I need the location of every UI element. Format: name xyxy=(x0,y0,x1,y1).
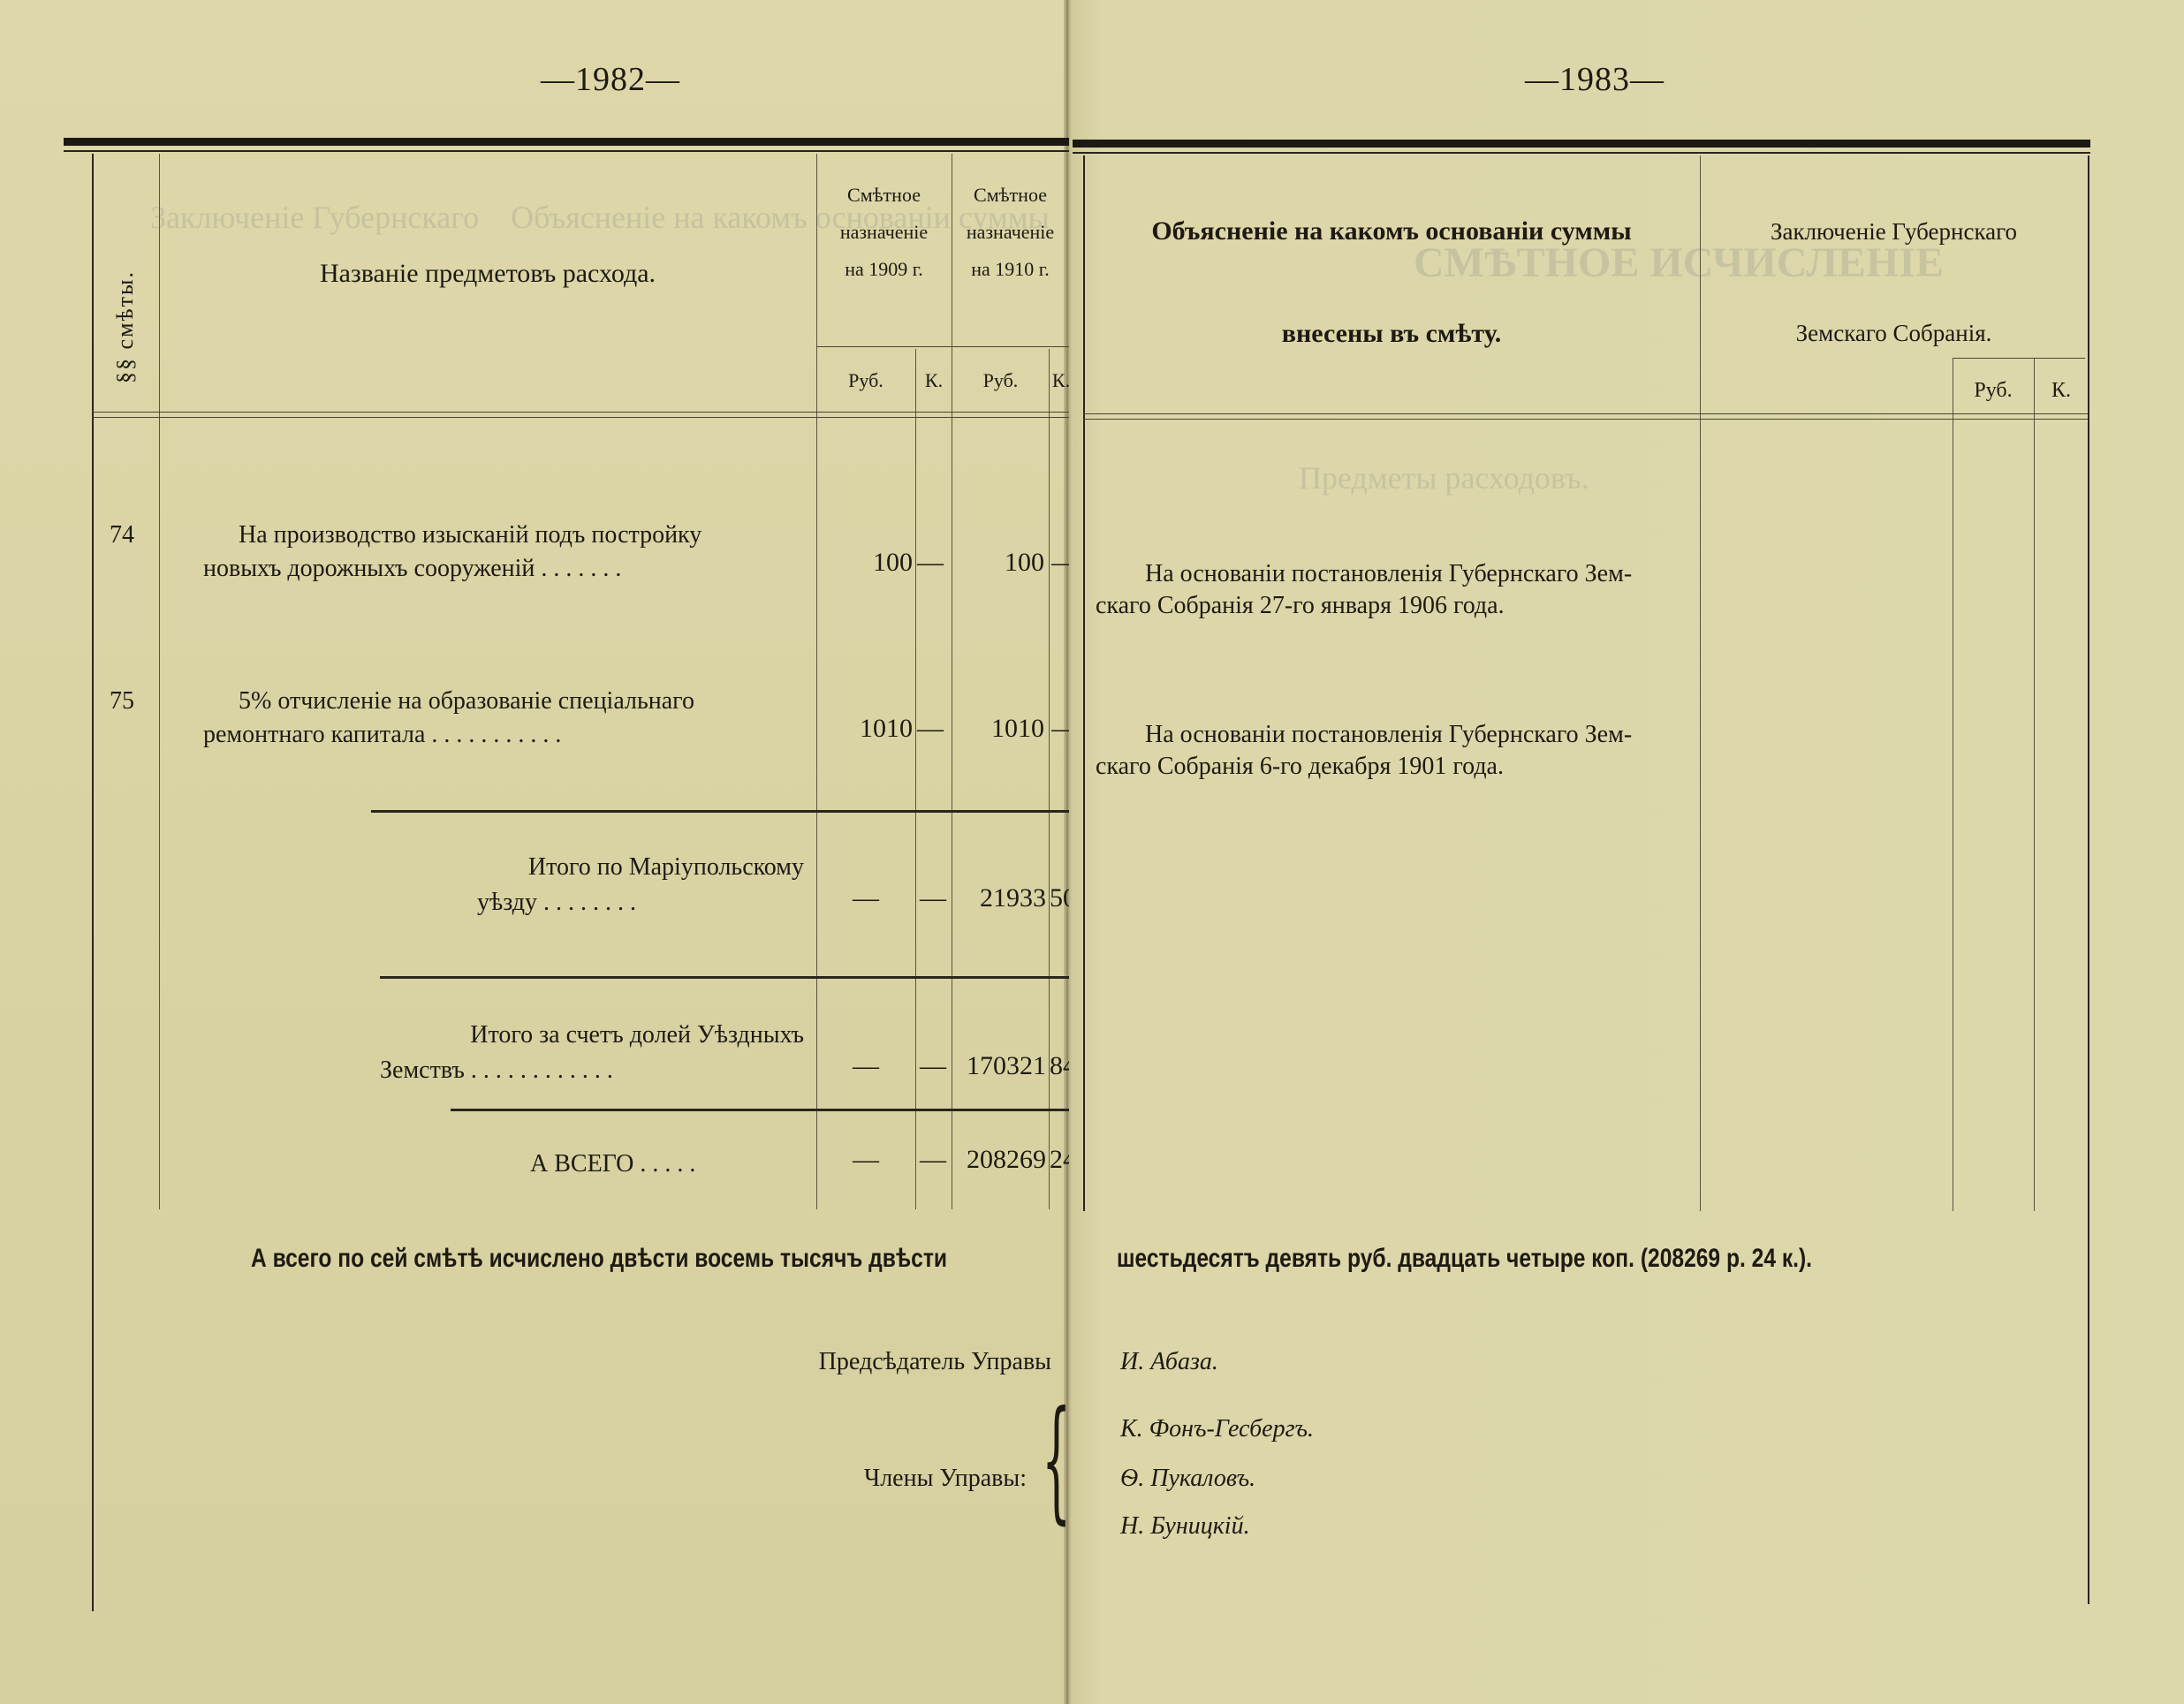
summary-sentence-part1: А всего по сей смѣтѣ исчислено двѣсти во… xyxy=(251,1244,947,1274)
header-bottom-rule xyxy=(1083,419,2088,420)
row-74-kop-1910: — xyxy=(1051,548,1069,578)
top-rule xyxy=(64,138,1069,146)
col-divider xyxy=(816,154,817,1209)
page-number-right: —1983— xyxy=(1525,60,1665,99)
header-conclusion-line2: Земскаго Собранія. xyxy=(1700,318,2088,349)
grand-total-kop-1909: — xyxy=(915,1145,951,1175)
col-divider xyxy=(159,154,160,1209)
members-label: Члены Управы: xyxy=(795,1459,1027,1498)
total-rule xyxy=(451,1109,1069,1111)
grand-total-label: А ВСЕГО . . . . . xyxy=(530,1145,804,1184)
page-number-left: —1982— xyxy=(541,60,680,99)
total-zemstvos-kop-1910: 84 xyxy=(1050,1051,1069,1081)
col-divider xyxy=(1953,358,1953,1211)
grand-total-rub-1910: 208269 xyxy=(954,1145,1046,1175)
total-rule xyxy=(380,976,1069,979)
signature-member-2: Ѳ. Пукаловъ. xyxy=(1120,1465,1255,1493)
header-item-number-label: §§ смѣты. xyxy=(112,270,139,383)
row-75-kop-1910: — xyxy=(1051,714,1069,744)
table-border-right xyxy=(2088,155,2089,1604)
row-75-rub-1910: 1010 xyxy=(954,714,1044,744)
total-mariupol-rub-1910: 21933 xyxy=(954,883,1046,913)
header-subdivider xyxy=(816,346,1069,347)
col-divider xyxy=(952,154,952,1209)
signature-member-1: К. Фонъ-Гесбергъ. xyxy=(1120,1415,1314,1443)
total-mariupol-rub-1909: — xyxy=(839,883,892,913)
total-zemstvos-label-line2: Земствъ . . . . . . . . . . . . xyxy=(380,1051,804,1090)
total-mariupol-kop-1910: 50 xyxy=(1050,883,1069,913)
header-explanation-line1: Объясненіе на какомъ основаніи суммы xyxy=(1083,214,1700,248)
row-74-rub-1909: 100 xyxy=(822,548,913,578)
total-zemstvos-rub-1910: 170321 xyxy=(954,1051,1046,1081)
header-bottom-rule xyxy=(92,412,1069,413)
summary-sentence-part2: шестьдесятъ девять руб. двадцать четыре … xyxy=(1117,1244,1812,1274)
header-conclusion-line1: Заключеніе Губернскаго xyxy=(1700,216,2088,247)
total-mariupol-label-line1: Итого по Маріупольскому xyxy=(442,848,804,887)
row-75-explanation-line2: скаго Собранія 6-го декабря 1901 года. xyxy=(1096,747,1687,786)
header-rub-1910: Руб. xyxy=(954,362,1047,399)
header-kop-1909: К. xyxy=(917,362,951,399)
header-1910: Смѣтное назначеніе на 1910 г. xyxy=(952,177,1069,287)
header-1909: Смѣтное назначеніе на 1909 г. xyxy=(816,177,952,287)
row-74-kop-1909: — xyxy=(917,548,944,578)
grand-total-kop-1910: 24 xyxy=(1050,1145,1069,1175)
table-border-left xyxy=(1083,155,1085,1211)
col-divider xyxy=(2034,358,2035,1211)
signature-member-3: Н. Буницкій. xyxy=(1120,1512,1250,1541)
total-zemstvos-kop-1909: — xyxy=(915,1051,951,1081)
total-zemstvos-label-line1: Итого за счетъ долей Уѣздныхъ xyxy=(353,1016,804,1055)
top-rule-thin xyxy=(64,150,1069,152)
row-75-kop-1909: — xyxy=(917,714,944,744)
row-74-explanation-line2: скаго Собранія 27-го января 1906 года. xyxy=(1096,587,1687,625)
total-rule xyxy=(371,810,1069,813)
header-subdivider xyxy=(1953,358,2085,359)
row-75-number: 75 xyxy=(110,682,134,721)
signature-chairman: И. Абаза. xyxy=(1120,1348,1218,1376)
row-75-name-line2: ремонтнаго капитала . . . . . . . . . . … xyxy=(203,716,804,754)
header-bottom-rule xyxy=(92,417,1069,418)
chairman-label: Предсѣдатель Управы xyxy=(795,1343,1051,1382)
top-rule-thin xyxy=(1073,152,2090,154)
top-rule xyxy=(1073,140,2090,148)
header-bottom-rule xyxy=(1083,413,2088,414)
row-74-rub-1910: 100 xyxy=(954,548,1044,578)
header-kop-1910: К. xyxy=(1051,362,1071,399)
col-divider xyxy=(1700,155,1701,1211)
row-74-number: 74 xyxy=(110,516,134,555)
header-item-name: Названіе предметовъ расхода. xyxy=(159,256,816,291)
header-item-number: §§ смѣты. xyxy=(99,256,152,398)
bleed-through-text: Предметы расходовъ. xyxy=(1299,459,1589,496)
total-mariupol-kop-1909: — xyxy=(915,883,951,913)
row-74-name-line2: новыхъ дорожныхъ сооруженій . . . . . . … xyxy=(203,549,804,588)
grand-total-rub-1909: — xyxy=(839,1145,892,1175)
header-kop-conclusion: К. xyxy=(2036,371,2087,412)
header-rub-conclusion: Руб. xyxy=(1954,371,2032,412)
table-border-left xyxy=(92,154,94,1611)
total-mariupol-label-line2: уѣзду . . . . . . . . xyxy=(442,883,804,922)
header-explanation-line2: внесены въ смѣту. xyxy=(1083,316,1700,351)
row-75-rub-1909: 1010 xyxy=(822,714,913,744)
header-rub-1909: Руб. xyxy=(822,362,910,399)
total-zemstvos-rub-1909: — xyxy=(839,1051,892,1081)
members-brace: { xyxy=(1042,1394,1071,1526)
